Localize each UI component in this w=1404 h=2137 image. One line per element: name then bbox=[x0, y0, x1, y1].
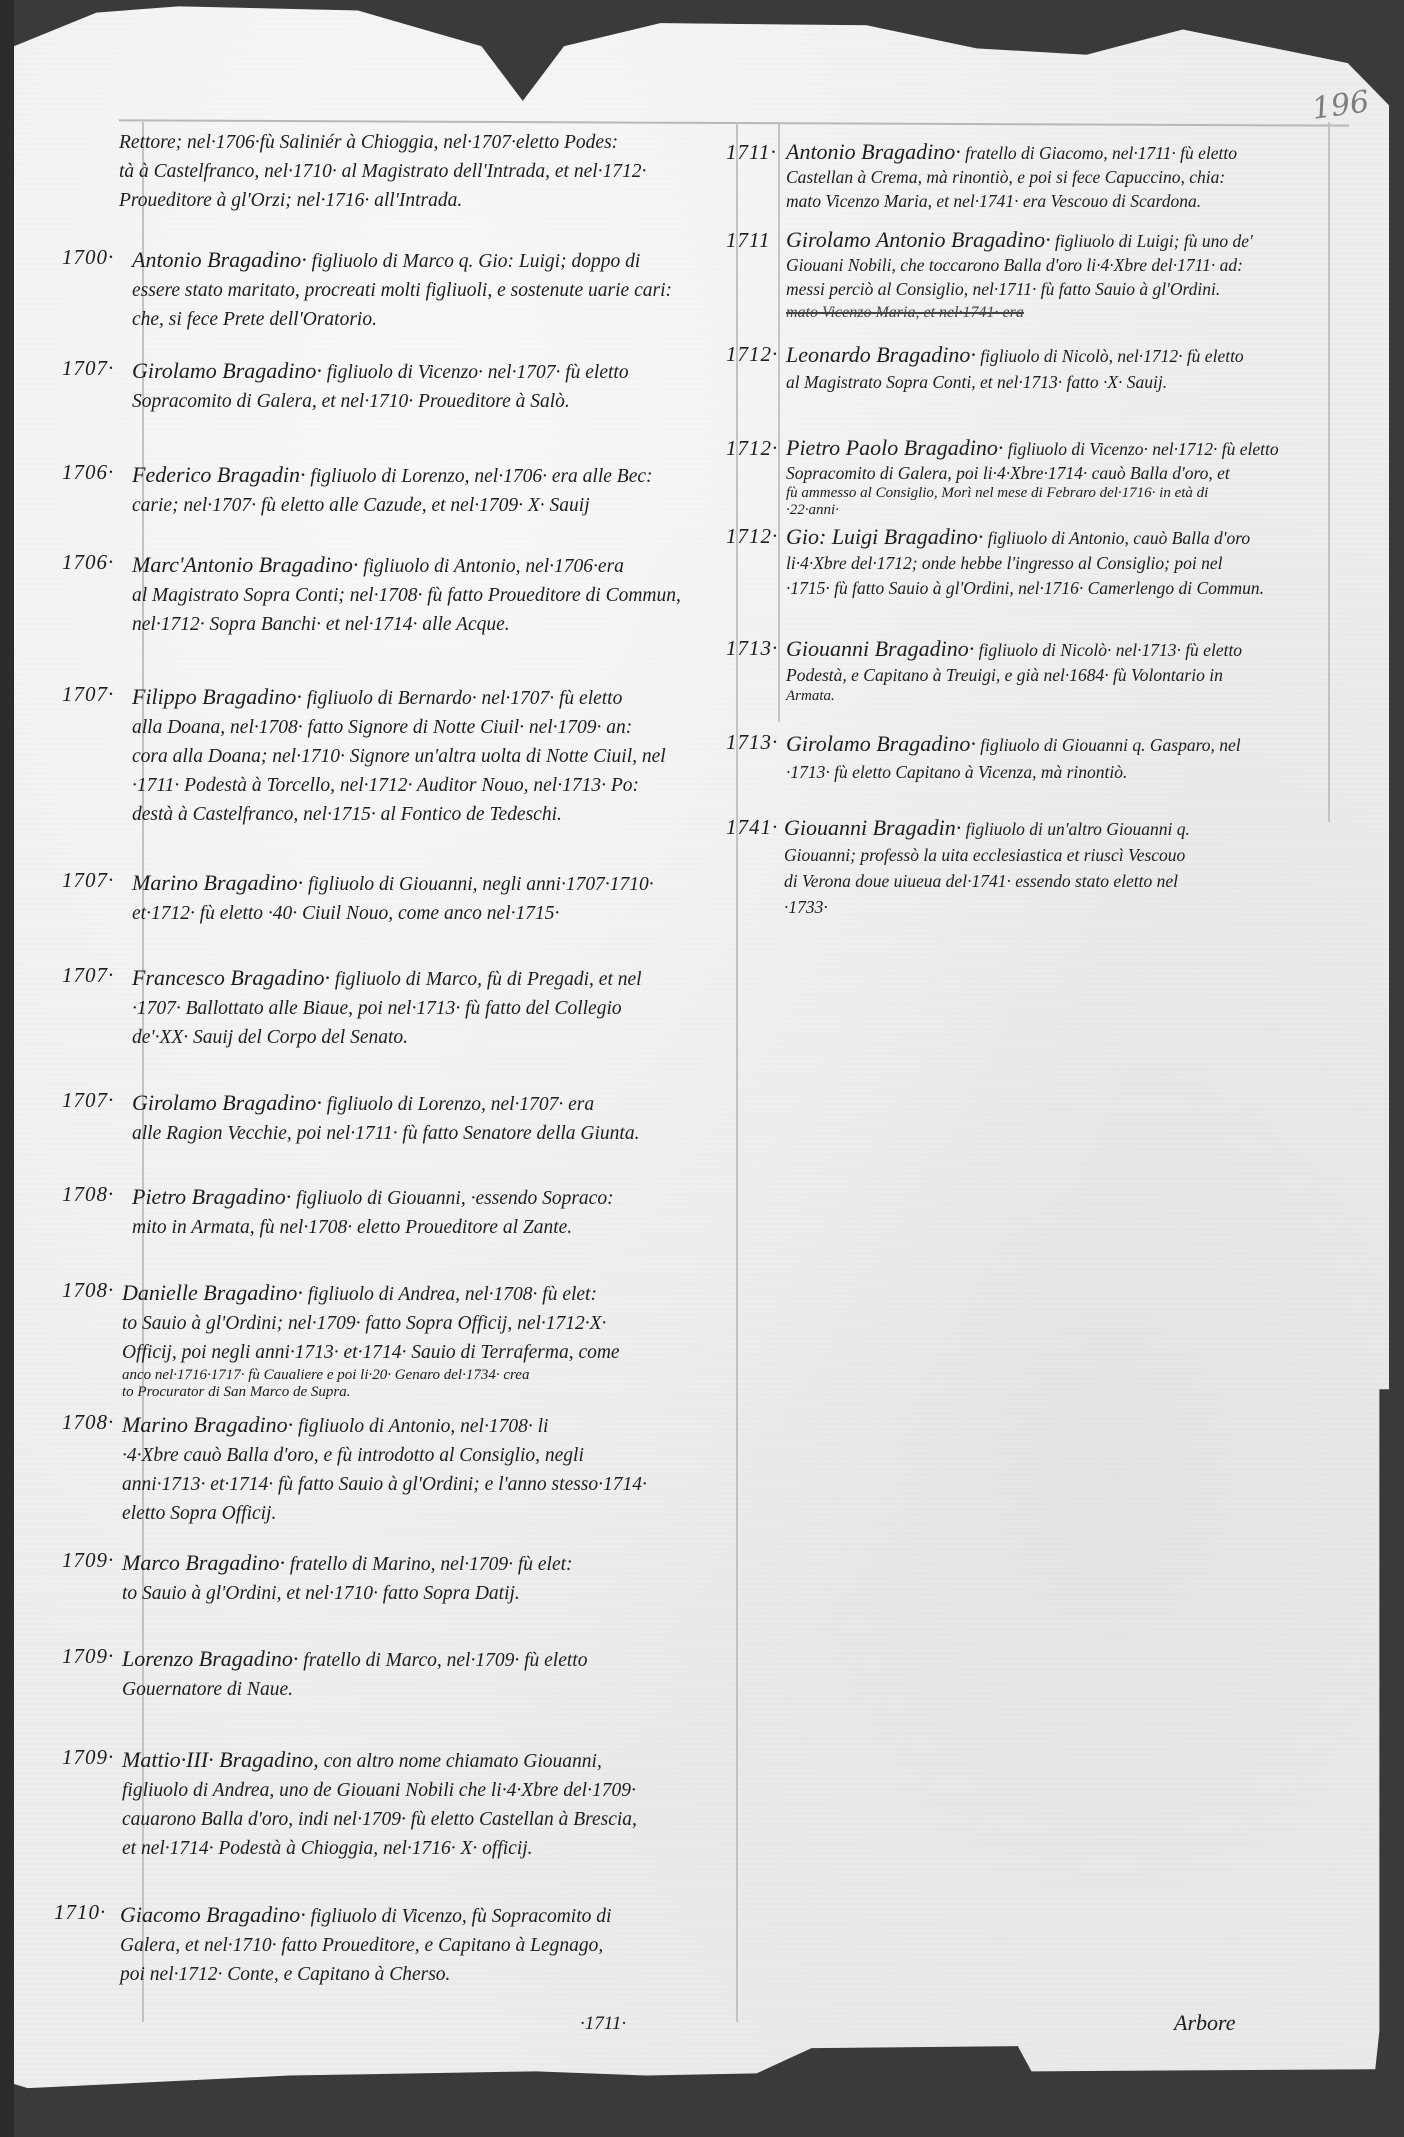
entry-text-line: al Magistrato Sopra Conti, et nel·1713· … bbox=[786, 369, 1244, 395]
folio-number: 196 bbox=[1310, 84, 1372, 127]
entry-year: 1700· bbox=[62, 245, 114, 270]
entry-text-line: figliuolo di Lorenzo, nel·1707· era bbox=[327, 1094, 594, 1115]
entry-text-line: figliuolo di Giouanni, negli anni·1707·1… bbox=[308, 874, 654, 895]
entry-name: Marino Bragadino· bbox=[132, 870, 303, 895]
entry-year: 1707· bbox=[62, 963, 114, 988]
entry-text-line: Proueditore à gl'Orzi; nel·1716· all'Int… bbox=[119, 186, 646, 215]
entry-year: 1709· bbox=[62, 1745, 114, 1770]
entry-text-line: Armata. bbox=[786, 688, 1242, 705]
entry-1712-pietro-paolo: 1712· Pietro Paolo Bragadino· figliuolo … bbox=[726, 436, 1279, 519]
entry-name: Giouanni Bragadino· bbox=[786, 636, 974, 661]
entry-text-line: ·22·anni· bbox=[786, 502, 1279, 519]
entry-year: 1711· bbox=[726, 140, 777, 165]
entry-text-line: ·1733· bbox=[784, 894, 1190, 920]
entry-1709-marco: 1709· Marco Bragadino· fratello di Marin… bbox=[62, 1548, 573, 1608]
entry-text-line: Officij, poi negli anni·1713· et·1714· S… bbox=[122, 1338, 620, 1367]
entry-year: 1707· bbox=[62, 1088, 114, 1113]
entry-year: 1712· bbox=[726, 342, 778, 367]
entry-text-line: figliuolo di Marco q. Gio: Luigi; doppo … bbox=[312, 251, 641, 272]
entry-name: Filippo Bragadino· bbox=[132, 684, 302, 709]
entry-1707-filippo: 1707· Filippo Bragadino· figliuolo di Be… bbox=[62, 682, 666, 829]
entry-year: 1706· bbox=[62, 550, 114, 575]
entry-text-line: tà à Castelfranco, nel·1710· al Magistra… bbox=[119, 157, 646, 186]
entry-name: Marco Bragadino· bbox=[122, 1550, 285, 1575]
entry-1713-giouanni: 1713· Giouanni Bragadino· figliuolo di N… bbox=[726, 636, 1242, 705]
entry-text-line: di Verona doue uiueua del·1741· essendo … bbox=[784, 868, 1190, 894]
entry-text-line: che, si fece Prete dell'Oratorio. bbox=[132, 305, 672, 334]
entry-name: Danielle Bragadino· bbox=[122, 1280, 303, 1305]
entry-text-line: figliuolo di Vicenzo· nel·1707· fù elett… bbox=[327, 362, 629, 383]
entry-text-line: figliuolo di Bernardo· nel·1707· fù elet… bbox=[307, 688, 623, 709]
entry-1707-girolamo-2: 1707· Girolamo Bragadino· figliuolo di L… bbox=[62, 1088, 639, 1148]
entry-year: 1706· bbox=[62, 460, 114, 485]
entry-text-line: to Procurator di San Marco de Supra. bbox=[122, 1384, 620, 1401]
entry-text-line: Gouernatore di Naue. bbox=[122, 1675, 587, 1704]
entry-text-line: al Magistrato Sopra Conti; nel·1708· fù … bbox=[132, 581, 681, 610]
entry-text-line: Podestà, e Capitano à Treuigi, e già nel… bbox=[786, 663, 1242, 688]
entry-name: Lorenzo Bragadino· bbox=[122, 1646, 298, 1671]
entry-year: 1741· bbox=[726, 815, 778, 840]
entry-text-line: figliuolo di Andrea, nel·1708· fù elet: bbox=[308, 1284, 597, 1305]
entry-text-line: messi perciò al Consiglio, nel·1711· fù … bbox=[786, 277, 1253, 301]
entry-text-line: cauarono Balla d'oro, indi nel·1709· fù … bbox=[122, 1805, 637, 1834]
entry-text-line: to Sauio à gl'Ordini, et nel·1710· fatto… bbox=[122, 1579, 573, 1608]
entry-1706-federico: 1706· Federico Bragadin· figliuolo di Lo… bbox=[62, 460, 653, 520]
entry-year: 1712· bbox=[726, 436, 778, 461]
entry-text-line: figliuolo di Andrea, uno de Giouani Nobi… bbox=[122, 1776, 637, 1805]
entry-text-line: Castellan à Crema, mà rinontiò, e poi si… bbox=[786, 165, 1237, 189]
entry-text-line: ·1707· Ballottato alle Biaue, poi nel·17… bbox=[132, 994, 642, 1023]
entry-text-line: Rettore; nel·1706·fù Saliniér à Chioggia… bbox=[119, 128, 646, 157]
entry-year: 1713· bbox=[726, 730, 778, 755]
entry-text-line: essere stato maritato, procreati molti f… bbox=[132, 276, 672, 305]
entry-name: Leonardo Bragadino· bbox=[786, 342, 976, 367]
entry-text-line: et·1712· fù eletto ·40· Ciuil Nouo, come… bbox=[132, 899, 654, 928]
entry-year: 1707· bbox=[62, 682, 114, 707]
column-footer-year: ·1711· bbox=[580, 2013, 626, 2035]
entry-text-line: mito in Armata, fù nel·1708· eletto Prou… bbox=[132, 1213, 614, 1242]
entry-text-line: Sopracomito di Galera, et nel·1710· Prou… bbox=[132, 387, 629, 416]
entry-year: 1709· bbox=[62, 1548, 114, 1573]
entry-text-line: figliuolo di un'altro Giouanni q. bbox=[966, 819, 1190, 839]
entry-text-line: to Sauio à gl'Ordini; nel·1709· fatto So… bbox=[122, 1309, 620, 1338]
entry-text-line: Sopracomito di Galera, poi li·4·Xbre·171… bbox=[786, 461, 1279, 485]
entry-text-line: ·1711· Podestà à Torcello, nel·1712· Aud… bbox=[132, 771, 666, 800]
top-ruling-line bbox=[119, 119, 1349, 126]
entry-text-line: de'·XX· Sauij del Corpo del Senato. bbox=[132, 1023, 642, 1052]
entry-text-line: figliuolo di Antonio, nel·1708· li bbox=[298, 1416, 548, 1437]
entry-text-line: Giouani Nobili, che toccarono Balla d'or… bbox=[786, 253, 1253, 277]
entry-text-line: figliuolo di Vicenzo, fù Sopracomito di bbox=[311, 1906, 612, 1927]
entry-text-line: figliuolo di Giouanni q. Gasparo, nel bbox=[980, 735, 1240, 755]
entry-1712-gio-luigi: 1712· Gio: Luigi Bragadino· figliuolo di… bbox=[726, 524, 1264, 601]
entry-1711-antonio: 1711· Antonio Bragadino· fratello di Gia… bbox=[726, 140, 1237, 213]
entry-1707-girolamo: 1707· Girolamo Bragadino· figliuolo di V… bbox=[62, 356, 629, 416]
entry-name: Giouanni Bragadin· bbox=[784, 815, 961, 840]
entry-text-line: anco nel·1716·1717· fù Caualiere e poi l… bbox=[122, 1367, 620, 1384]
entry-year: 1708· bbox=[62, 1278, 114, 1303]
entry-name: Girolamo Bragadino· bbox=[132, 358, 322, 383]
entry-name: Girolamo Bragadino· bbox=[132, 1090, 322, 1115]
entry-text-line: alle Ragion Vecchie, poi nel·1711· fù fa… bbox=[132, 1119, 639, 1148]
manuscript-page: 196 Rettore; nel·1706·fù Saliniér à Chio… bbox=[14, 0, 1389, 2105]
entry-name: Pietro Bragadino· bbox=[132, 1184, 291, 1209]
entry-text-line: destà à Castelfranco, nel·1715· al Fonti… bbox=[132, 800, 666, 829]
entry-text-line: fratello di Giacomo, nel·1711· fù eletto bbox=[965, 143, 1237, 163]
entry-text-line: figliuolo di Luigi; fù uno de' bbox=[1055, 231, 1253, 251]
entry-text-line: li·4·Xbre del·1712; onde hebbe l'ingress… bbox=[786, 551, 1264, 576]
entry-text-line: et nel·1714· Podestà à Chioggia, nel·171… bbox=[122, 1834, 637, 1863]
column-divider-ruling bbox=[736, 122, 738, 2022]
entry-text-line: eletto Sopra Officij. bbox=[122, 1499, 647, 1528]
entry-text-line: anni·1713· et·1714· fù fatto Sauio à gl'… bbox=[122, 1470, 647, 1499]
entry-text-line: nel·1712· Sopra Banchi· et nel·1714· all… bbox=[132, 610, 681, 639]
right-margin-ruling bbox=[1328, 122, 1330, 822]
entry-text-line: figliuolo di Nicolò· nel·1713· fù eletto bbox=[979, 640, 1242, 660]
entry-year: 1708· bbox=[62, 1182, 114, 1207]
entry-1741-giouanni: 1741· Giouanni Bragadin· figliuolo di un… bbox=[726, 815, 1190, 920]
entry-year: 1712· bbox=[726, 524, 778, 549]
entry-1708-danielle: 1708· Danielle Bragadino· figliuolo di A… bbox=[62, 1278, 620, 1401]
entry-1711-girolamo-antonio: 1711 Girolamo Antonio Bragadino· figliuo… bbox=[726, 228, 1253, 325]
entry-name: Giacomo Bragadino· bbox=[120, 1902, 306, 1927]
entry-year: 1713· bbox=[726, 636, 778, 661]
entry-1710-giacomo: 1710· Giacomo Bragadino· figliuolo di Vi… bbox=[54, 1900, 611, 1989]
entry-1709-lorenzo: 1709· Lorenzo Bragadino· fratello di Mar… bbox=[62, 1644, 587, 1704]
binding-edge bbox=[0, 0, 14, 2137]
entry-text-line: ·1713· fù eletto Capitano à Vicenza, mà … bbox=[786, 759, 1241, 786]
entry-year: 1710· bbox=[54, 1900, 106, 1925]
entry-text-line: fù ammesso al Consiglio, Morì nel mese d… bbox=[786, 485, 1279, 502]
entry-text-line: Galera, et nel·1710· fatto Proueditore, … bbox=[120, 1931, 611, 1960]
entry-name: Antonio Bragadino· bbox=[786, 139, 961, 164]
entry-1708-pietro: 1708· Pietro Bragadino· figliuolo di Gio… bbox=[62, 1182, 614, 1242]
entry-1709-mattio: 1709· Mattio·III· Bragadino, con altro n… bbox=[62, 1745, 637, 1863]
entry-name: Gio: Luigi Bragadino· bbox=[786, 524, 983, 549]
entry-text-line: figliuolo di Giouanni, ·essendo Sopraco: bbox=[296, 1188, 613, 1209]
entry-name: Mattio·III· Bragadino, bbox=[122, 1747, 319, 1772]
entry-1708-marino: 1708· Marino Bragadino· figliuolo di Ant… bbox=[62, 1410, 647, 1528]
entry-name: Federico Bragadin· bbox=[132, 462, 306, 487]
entry-text-line: con altro nome chiamato Giouanni, bbox=[324, 1751, 602, 1772]
entry-year: 1707· bbox=[62, 356, 114, 381]
entry-name: Pietro Paolo Bragadino· bbox=[786, 435, 1003, 460]
entry-year: 1707· bbox=[62, 868, 114, 893]
entry-1712-leonardo: 1712· Leonardo Bragadino· figliuolo di N… bbox=[726, 342, 1244, 395]
entry-year: 1709· bbox=[62, 1644, 114, 1669]
entry-year: 1708· bbox=[62, 1410, 114, 1435]
entry-1707-marino: 1707· Marino Bragadino· figliuolo di Gio… bbox=[62, 868, 654, 928]
entry-year: 1711 bbox=[726, 228, 770, 253]
entry-1713-girolamo: 1713· Girolamo Bragadino· figliuolo di G… bbox=[726, 730, 1241, 786]
entry-text-line: figliuolo di Nicolò, nel·1712· fù eletto bbox=[980, 346, 1243, 366]
entry-name: Francesco Bragadino· bbox=[132, 965, 330, 990]
entry-text-line: figliuolo di Vicenzo· nel·1712· fù elett… bbox=[1008, 439, 1279, 459]
entry-text-line: Giouanni; professò la uita ecclesiastica… bbox=[784, 842, 1190, 868]
struck-through-line: mato Vicenzo Maria, et nel·1741· era bbox=[786, 301, 1253, 325]
entry-text-line: fratello di Marino, nel·1709· fù elet: bbox=[290, 1554, 573, 1575]
entry-text-line: cora alla Doana; nel·1710· Signore un'al… bbox=[132, 742, 666, 771]
entry-name: Marc'Antonio Bragadino· bbox=[132, 552, 358, 577]
catchword: Arbore bbox=[1174, 2010, 1236, 2036]
entry-text-line: mato Vicenzo Maria, et nel·1741· era Ves… bbox=[786, 189, 1237, 213]
entry-continuation: Rettore; nel·1706·fù Saliniér à Chioggia… bbox=[119, 128, 646, 215]
entry-1700-antonio: 1700· Antonio Bragadino· figliuolo di Ma… bbox=[62, 245, 672, 334]
entry-text-line: ·4·Xbre cauò Balla d'oro, e fù introdott… bbox=[122, 1441, 647, 1470]
entry-text-line: fratello di Marco, nel·1709· fù eletto bbox=[303, 1650, 587, 1671]
entry-name: Girolamo Antonio Bragadino· bbox=[786, 227, 1051, 252]
entry-name: Girolamo Bragadino· bbox=[786, 731, 976, 756]
entry-name: Marino Bragadino· bbox=[122, 1412, 293, 1437]
entry-text-line: figliuolo di Lorenzo, nel·1706· era alle… bbox=[310, 466, 652, 487]
entry-text-line: carie; nel·1707· fù eletto alle Cazude, … bbox=[132, 491, 653, 520]
entry-text-line: figliuolo di Antonio, nel·1706·era bbox=[363, 556, 624, 577]
entry-1706-marcantonio: 1706· Marc'Antonio Bragadino· figliuolo … bbox=[62, 550, 681, 639]
entry-text-line: poi nel·1712· Conte, e Capitano à Cherso… bbox=[120, 1960, 611, 1989]
entry-text-line: figliuolo di Antonio, cauò Balla d'oro bbox=[988, 528, 1250, 548]
entry-text-line: alla Doana, nel·1708· fatto Signore di N… bbox=[132, 713, 666, 742]
entry-text-line: figliuolo di Marco, fù di Pregadi, et ne… bbox=[335, 969, 642, 990]
entry-text-line: ·1715· fù fatto Sauio à gl'Ordini, nel·1… bbox=[786, 576, 1264, 601]
entry-1707-francesco: 1707· Francesco Bragadino· figliuolo di … bbox=[62, 963, 642, 1052]
entry-name: Antonio Bragadino· bbox=[132, 247, 307, 272]
